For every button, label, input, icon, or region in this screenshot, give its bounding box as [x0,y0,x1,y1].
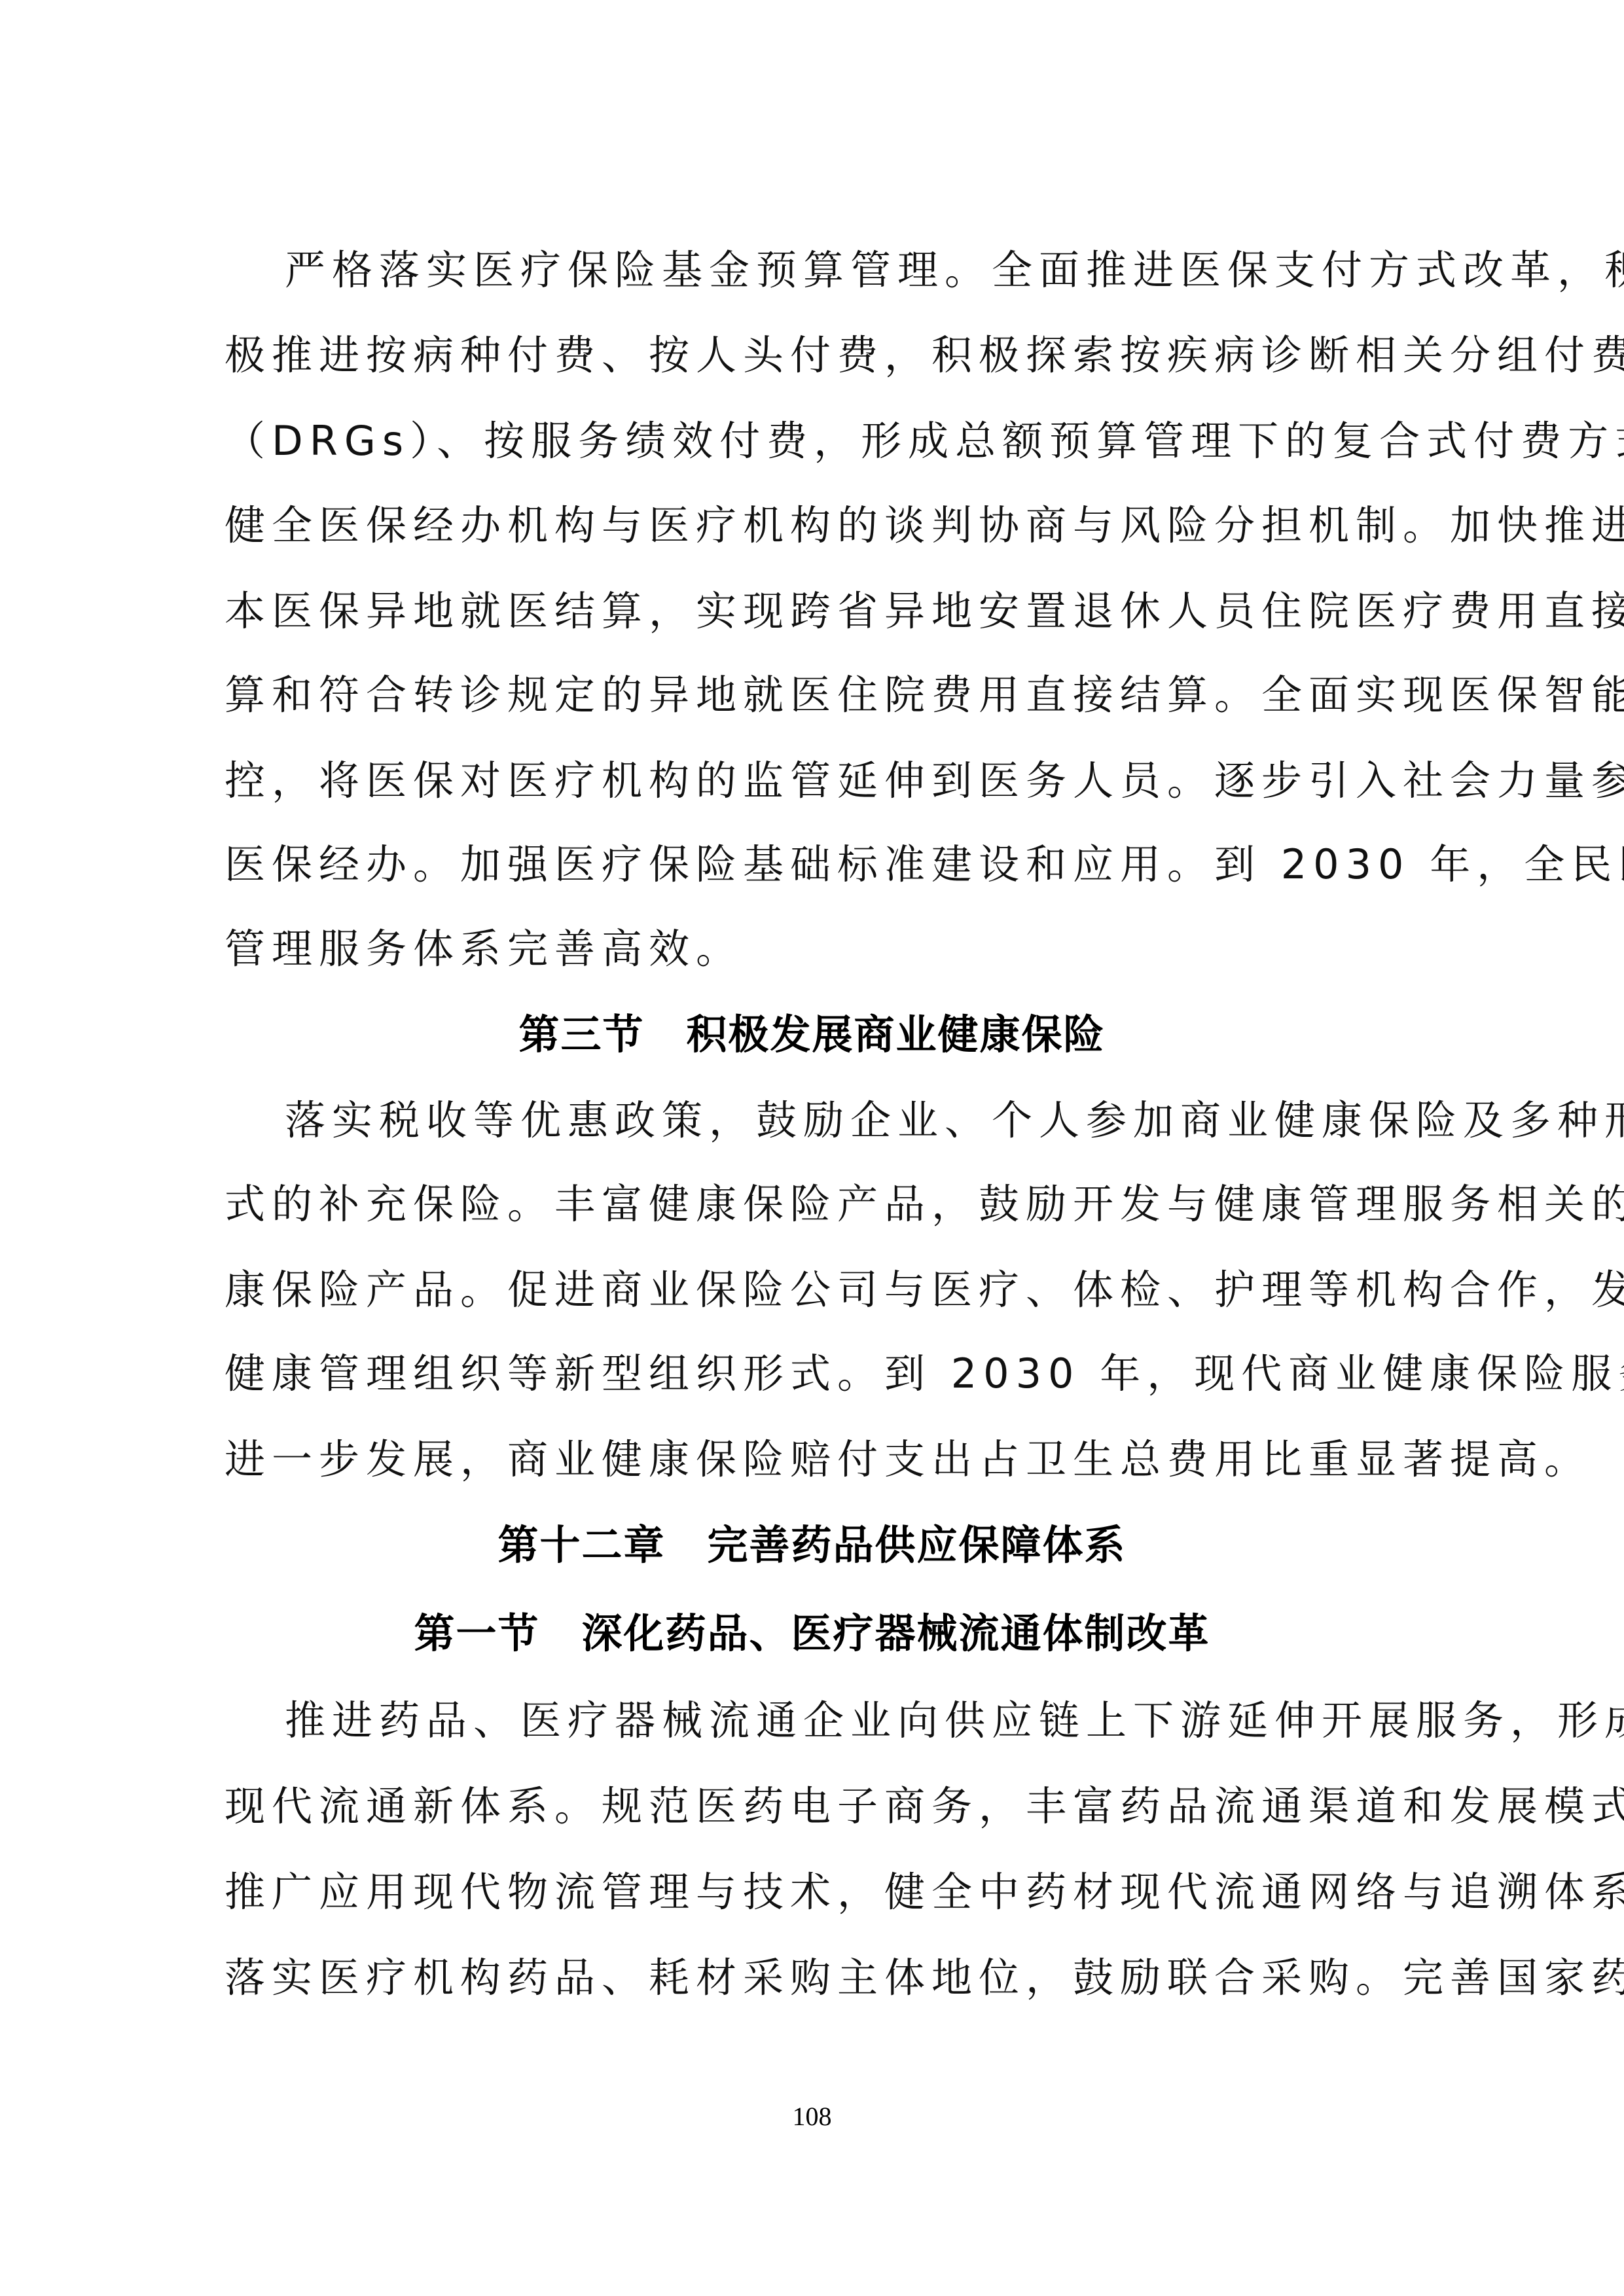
page-number: 108 [0,2101,1624,2132]
paragraph-2-line: 落实税收等优惠政策，鼓励企业、个人参加商业健康保险及多种形 [285,1094,1483,1147]
chapter-heading: 第十二章 完善药品供应保障体系 [0,1519,1624,1571]
paragraph-1-line: 严格落实医疗保险基金预算管理。全面推进医保支付方式改革，积 [285,244,1483,296]
document-page: 严格落实医疗保险基金预算管理。全面推进医保支付方式改革，积 极推进按病种付费、按… [0,0,1624,2296]
paragraph-1-line: 控，将医保对医疗机构的监管延伸到医务人员。逐步引入社会力量参与 [225,755,1422,807]
paragraph-3-line: 推进药品、医疗器械流通企业向供应链上下游延伸开展服务，形成 [285,1695,1483,1747]
paragraph-1-line: 本医保异地就医结算，实现跨省异地安置退休人员住院医疗费用直接结 [225,585,1422,637]
section-heading: 第一节 深化药品、医疗器械流通体制改革 [0,1607,1624,1660]
paragraph-2-line: 健康管理组织等新型组织形式。到 2030 年，现代商业健康保险服务业 [225,1348,1422,1400]
paragraph-1-line: 健全医保经办机构与医疗机构的谈判协商与风险分担机制。加快推进基 [225,499,1422,552]
paragraph-1-line: 医保经办。加强医疗保险基础标准建设和应用。到 2030 年，全民医保 [225,838,1422,891]
paragraph-3-line: 推广应用现代物流管理与技术，健全中药材现代流通网络与追溯体系。 [225,1866,1422,1918]
paragraph-1-line: 管理服务体系完善高效。 [225,923,1422,975]
section-heading: 第三节 积极发展商业健康保险 [0,1009,1624,1061]
paragraph-1-line: 算和符合转诊规定的异地就医住院费用直接结算。全面实现医保智能监 [225,669,1422,721]
paragraph-1-line: （DRGs）、按服务绩效付费，形成总额预算管理下的复合式付费方式， [225,415,1422,467]
paragraph-3-line: 现代流通新体系。规范医药电子商务，丰富药品流通渠道和发展模式。 [225,1780,1422,1833]
paragraph-1-line: 极推进按病种付费、按人头付费，积极探索按疾病诊断相关分组付费 [225,329,1422,382]
paragraph-2-line: 康保险产品。促进商业保险公司与医疗、体检、护理等机构合作，发展 [225,1264,1422,1316]
paragraph-3-line: 落实医疗机构药品、耗材采购主体地位，鼓励联合采购。完善国家药品 [225,1952,1422,2004]
paragraph-2-line: 式的补充保险。丰富健康保险产品，鼓励开发与健康管理服务相关的健 [225,1178,1422,1230]
paragraph-2-line: 进一步发展，商业健康保险赔付支出占卫生总费用比重显著提高。 [225,1433,1422,1486]
